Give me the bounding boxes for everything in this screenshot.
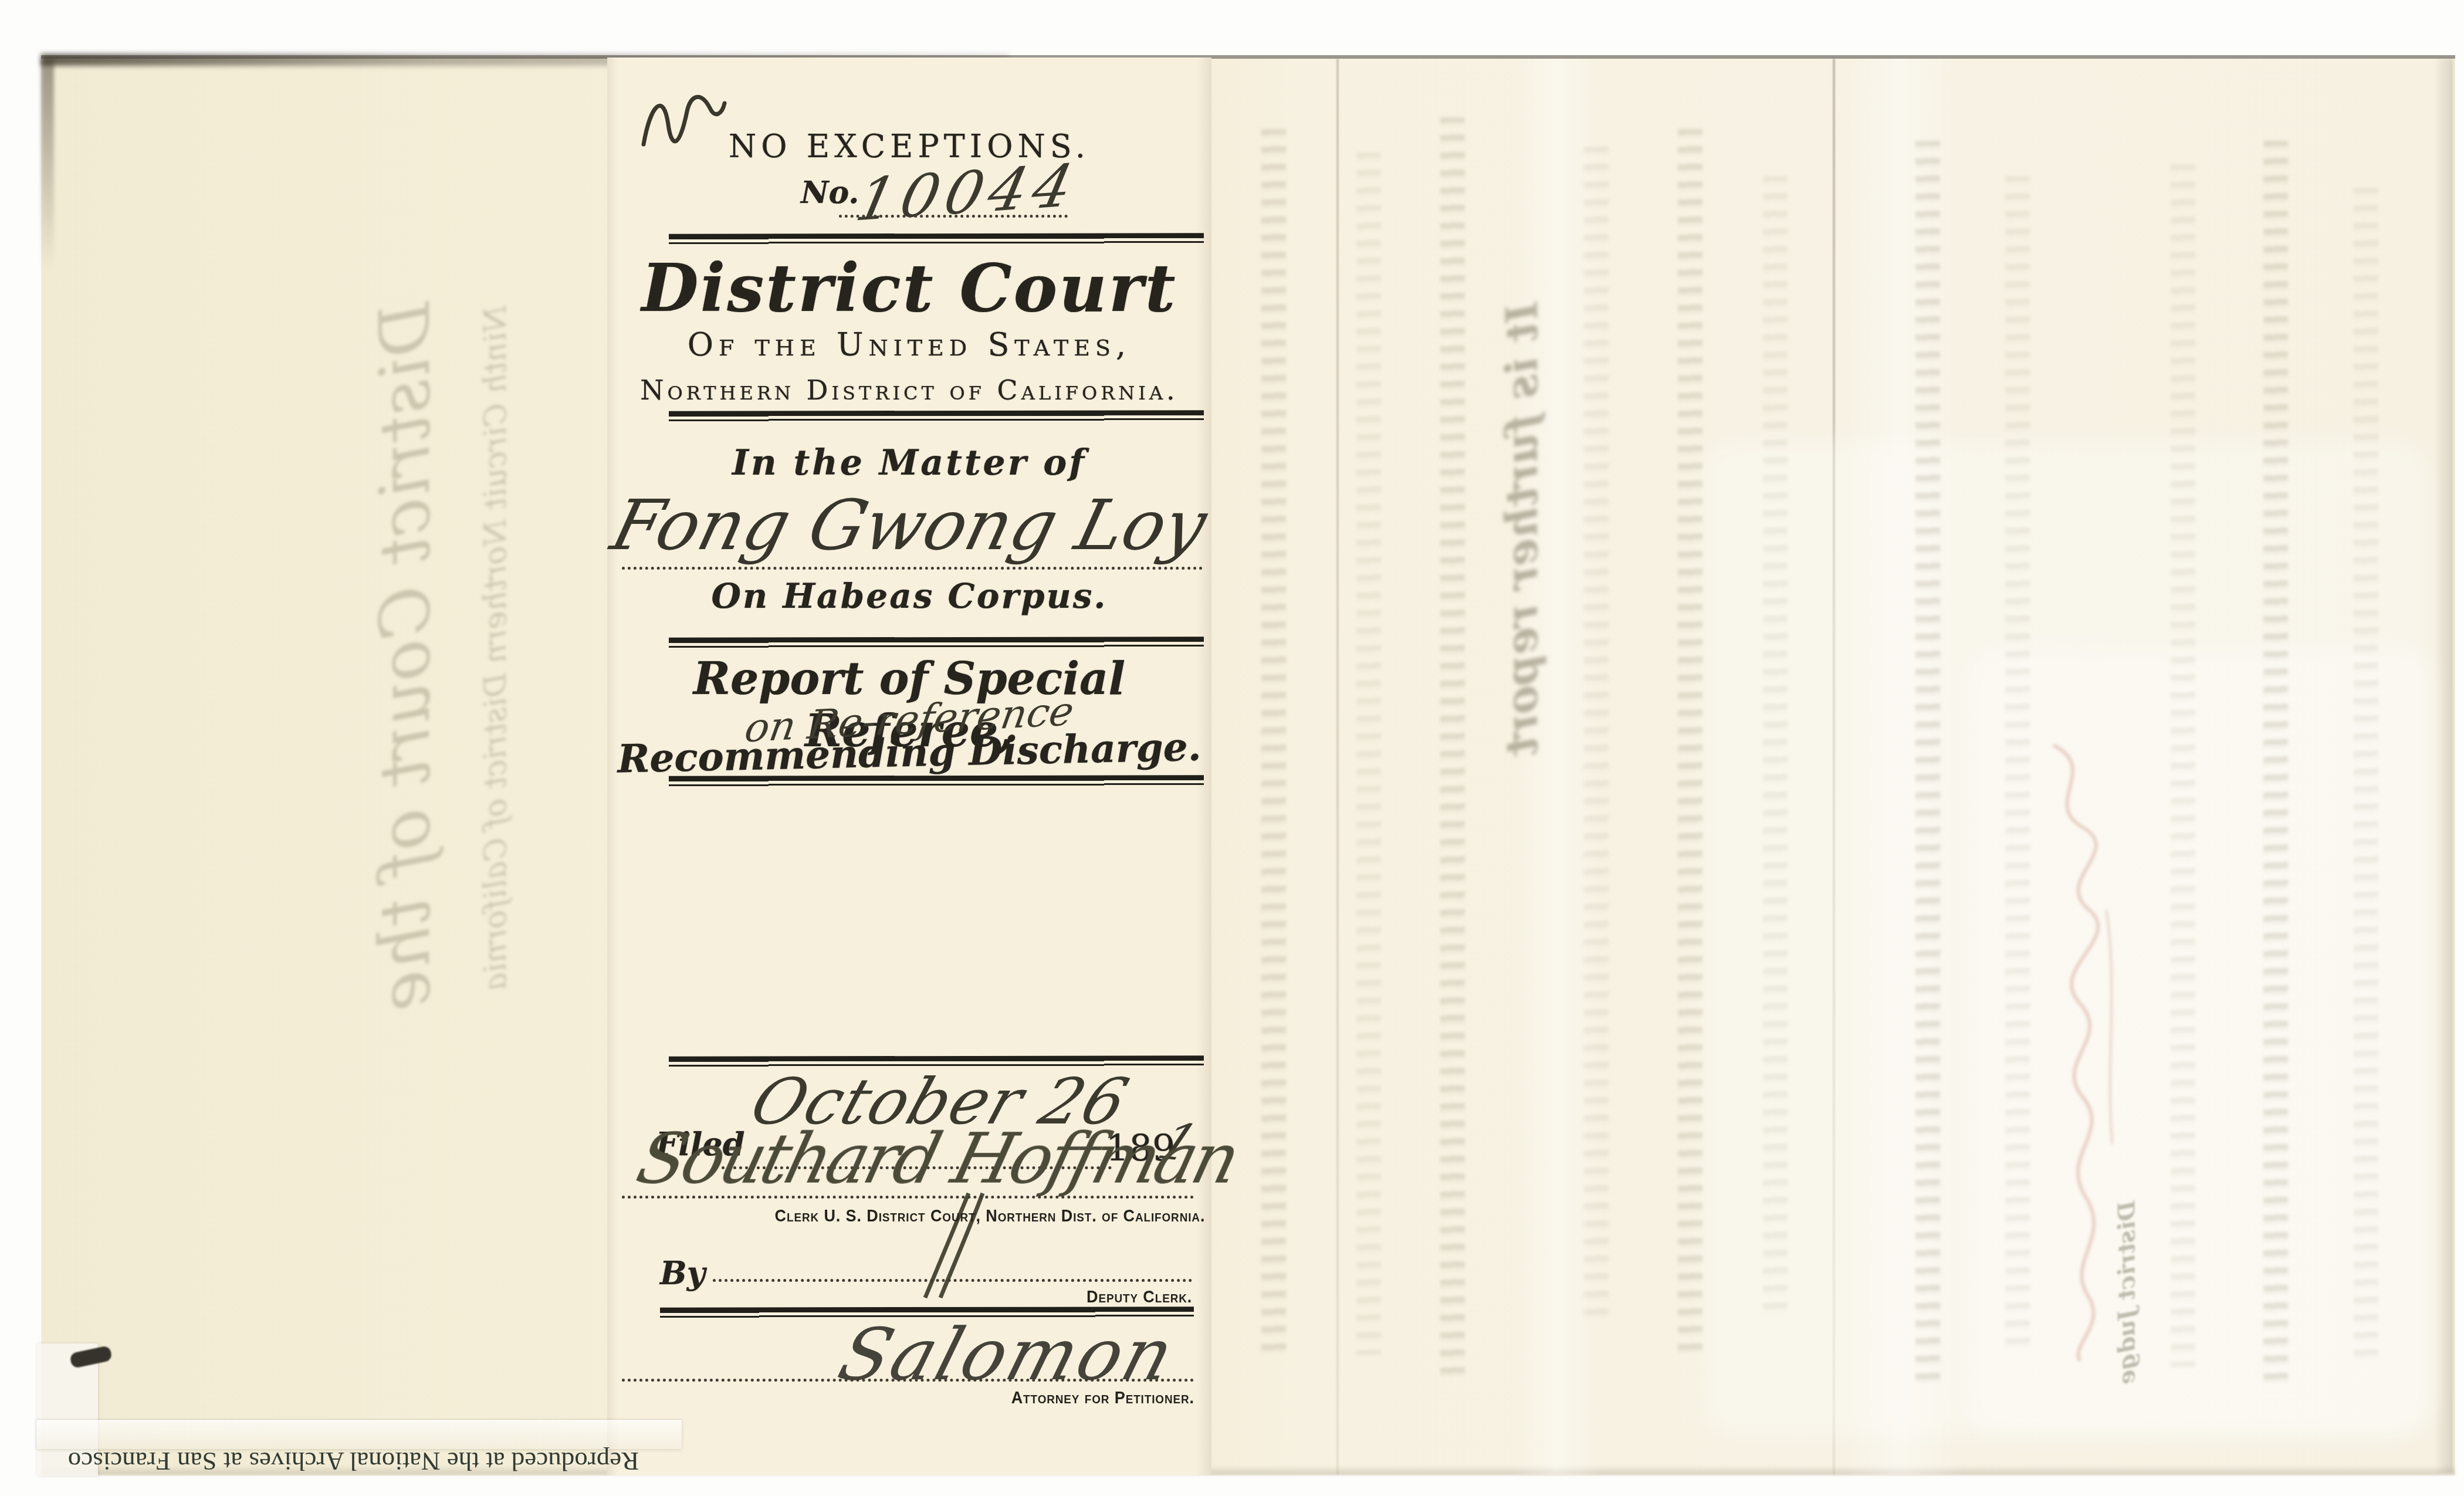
by-label: By: [660, 1254, 705, 1292]
double-rule: [669, 410, 1204, 423]
by-dotted-line: [713, 1279, 1192, 1282]
bleedthrough-column: [1915, 141, 1940, 1385]
national-archives-stamp: Reproduced at the National Archives at S…: [65, 1439, 642, 1484]
double-rule: [669, 637, 1204, 649]
clerk-signature-handwritten: Southard Hoffman: [629, 1118, 1245, 1199]
bleedthrough-column: [1584, 147, 1609, 1320]
petitioner-name-handwritten: Fong Gwong Loy: [597, 485, 1221, 566]
bleedthrough-column: [1678, 129, 1703, 1361]
double-rule: [669, 233, 1204, 246]
double-rule: [669, 775, 1204, 788]
fold-crease: [1336, 59, 1339, 1475]
bleedthrough-script-small: Ninth Circuit Northern District of Calif…: [478, 238, 513, 1059]
clerk-signature-dotted-line: [622, 1196, 1194, 1199]
proceeding-label: On Habeas Corpus.: [607, 576, 1211, 616]
court-line3: Northern District of California.: [607, 374, 1211, 406]
bleedthrough-column: [2354, 188, 2378, 1361]
bleedthrough-script-large: District Court of the: [364, 181, 445, 1132]
bleedthrough-signature-squiggle: [2018, 733, 2147, 1367]
bleedthrough-column: [1356, 153, 1381, 1355]
no-exceptions-heading: NO EXCEPTIONS.: [607, 128, 1211, 165]
bleedthrough-column: [1763, 176, 1788, 1320]
bleedthrough-bold-script: It is further report: [1497, 289, 1548, 770]
bleedthrough-column: [1261, 129, 1286, 1361]
clerk-title: Clerk U. S. District Court, Northern Dis…: [774, 1206, 1205, 1226]
scanned-document-page: District Court of the Ninth Circuit Nort…: [0, 0, 2464, 1496]
bleedthrough-column: [2171, 164, 2195, 1367]
bleedthrough-column: [1440, 117, 1465, 1379]
attorney-title: Attorney for Petitioner.: [1011, 1388, 1194, 1408]
paper-left-smudge: [41, 59, 54, 270]
attorney-signature-handwritten: Salomon: [830, 1313, 1185, 1396]
case-number-dotted-line: [839, 215, 1068, 218]
matter-label: In the Matter of: [607, 442, 1211, 483]
document-cover-panel: NO EXCEPTIONS. No. 10044 District Court …: [607, 57, 1211, 1475]
bleedthrough-column: [2263, 141, 2288, 1390]
deputy-clerk-title: Deputy Clerk.: [1087, 1287, 1192, 1307]
petitioner-dotted-line: [622, 567, 1203, 570]
case-number-label: No.: [801, 175, 859, 211]
court-name: District Court: [607, 250, 1211, 327]
court-line2: Of the United States,: [607, 326, 1211, 363]
paper-right-edge-shadow: [2435, 59, 2453, 1473]
attorney-dotted-line: [622, 1379, 1194, 1382]
